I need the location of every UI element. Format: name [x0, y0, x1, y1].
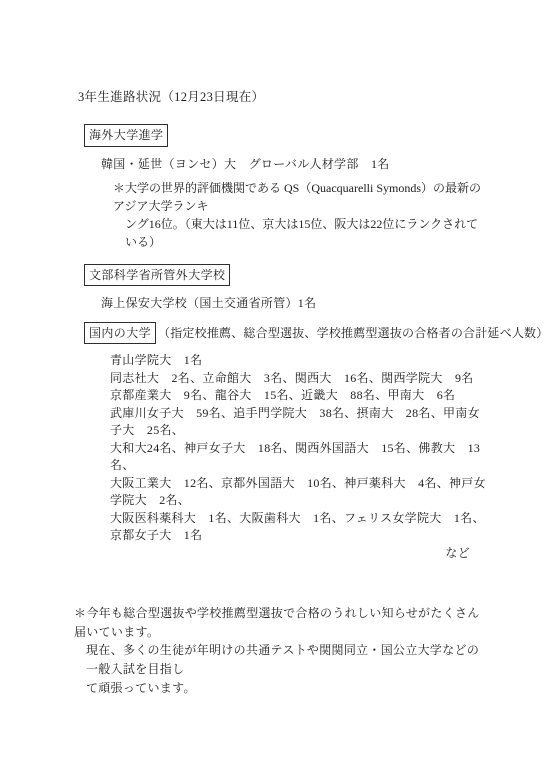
section-mext-external-colleges: 文部科学省所管外大学校 海上保安大学校（国土交通省所管）1名 [78, 264, 485, 313]
closing-note: ＊今年も総合型選抜や学校推薦型選抜で合格のうれしい知らせがたくさん届いています。… [74, 604, 485, 697]
qs-ranking-note: ＊大学の世界的評価機関である QS（Quacquarelli Symonds）の… [113, 179, 485, 251]
qs-ranking-note-line2: ング16位。（東大は11位、京大は15位、阪大は22位にランクされている） [113, 215, 485, 251]
university-count-line: 武庫川女子大 59名、追手門学院大 38名、摂南大 28名、甲南女子大 25名、 [110, 405, 492, 440]
etcetera-label: など [110, 545, 492, 563]
qs-ranking-note-line1: ＊大学の世界的評価機関である QS（Quacquarelli Symonds）の… [113, 179, 485, 215]
university-count-line: 大阪医科薬科大 1名、大阪歯科大 1名、フェリス女学院大 1名、京都女子大 1名 [110, 510, 492, 545]
university-count-line: 同志社大 2名、立命館大 3名、関西大 16名、関西学院大 9名 [110, 370, 492, 388]
note-asterisk-marker: ＊ [113, 181, 125, 195]
university-count-line: 大和大24名、神戸女子大 18名、関西外国語大 15名、佛教大 13名、 [110, 440, 492, 475]
university-results-list: 青山学院大 1名 同志社大 2名、立命館大 3名、関西大 16名、関西学院大 9… [110, 352, 492, 562]
section-domestic-universities: 国内の大学（指定校推薦、総合型選抜、学校推薦型選抜の合格者の合計延べ人数） [78, 322, 485, 344]
closing-note-line3: て頑張っています。 [74, 679, 485, 698]
university-count-line: 大阪工業大 12名、京都外国語大 10名、神戸薬科大 4名、神戸女学院大 2名、 [110, 475, 492, 510]
note-asterisk-marker: ＊ [74, 606, 86, 620]
university-count-line: 青山学院大 1名 [110, 352, 492, 370]
page-title: 3年生進路状況（12月23日現在） [78, 88, 485, 106]
domestic-heading-suffix: （指定校推薦、総合型選抜、学校推薦型選抜の合格者の合計延べ人数） [158, 326, 543, 340]
mext-external-colleges-heading: 文部科学省所管外大学校 [84, 264, 230, 286]
section-overseas-universities: 海外大学進学 韓国・延世（ヨンセ）大 グローバル人材学部 1名 ＊大学の世界的評… [78, 124, 485, 251]
overseas-universities-heading: 海外大学進学 [84, 124, 168, 146]
closing-note-text1: 今年も総合型選抜や学校推薦型選抜で合格のうれしい知らせがたくさん届いています。 [74, 606, 480, 639]
document-page: 3年生進路状況（12月23日現在） 海外大学進学 韓国・延世（ヨンセ）大 グロー… [0, 0, 543, 768]
university-count-line: 京都産業大 9名、龍谷大 15名、近畿大 88名、甲南大 6名 [110, 387, 492, 405]
closing-note-line1: ＊今年も総合型選抜や学校推薦型選抜で合格のうれしい知らせがたくさん届いています。 [74, 604, 485, 641]
overseas-university-entry: 韓国・延世（ヨンセ）大 グローバル人材学部 1名 [101, 156, 485, 173]
coast-guard-academy-entry: 海上保安大学校（国土交通省所管）1名 [101, 295, 485, 312]
domestic-universities-heading: 国内の大学 [84, 322, 156, 344]
closing-note-line2: 現在、多くの生徒が年明けの共通テストや関関同立・国公立大学などの一般入試を目指し [74, 641, 485, 678]
qs-ranking-note-text1: 大学の世界的評価機関である QS（Quacquarelli Symonds）の最… [113, 181, 481, 213]
